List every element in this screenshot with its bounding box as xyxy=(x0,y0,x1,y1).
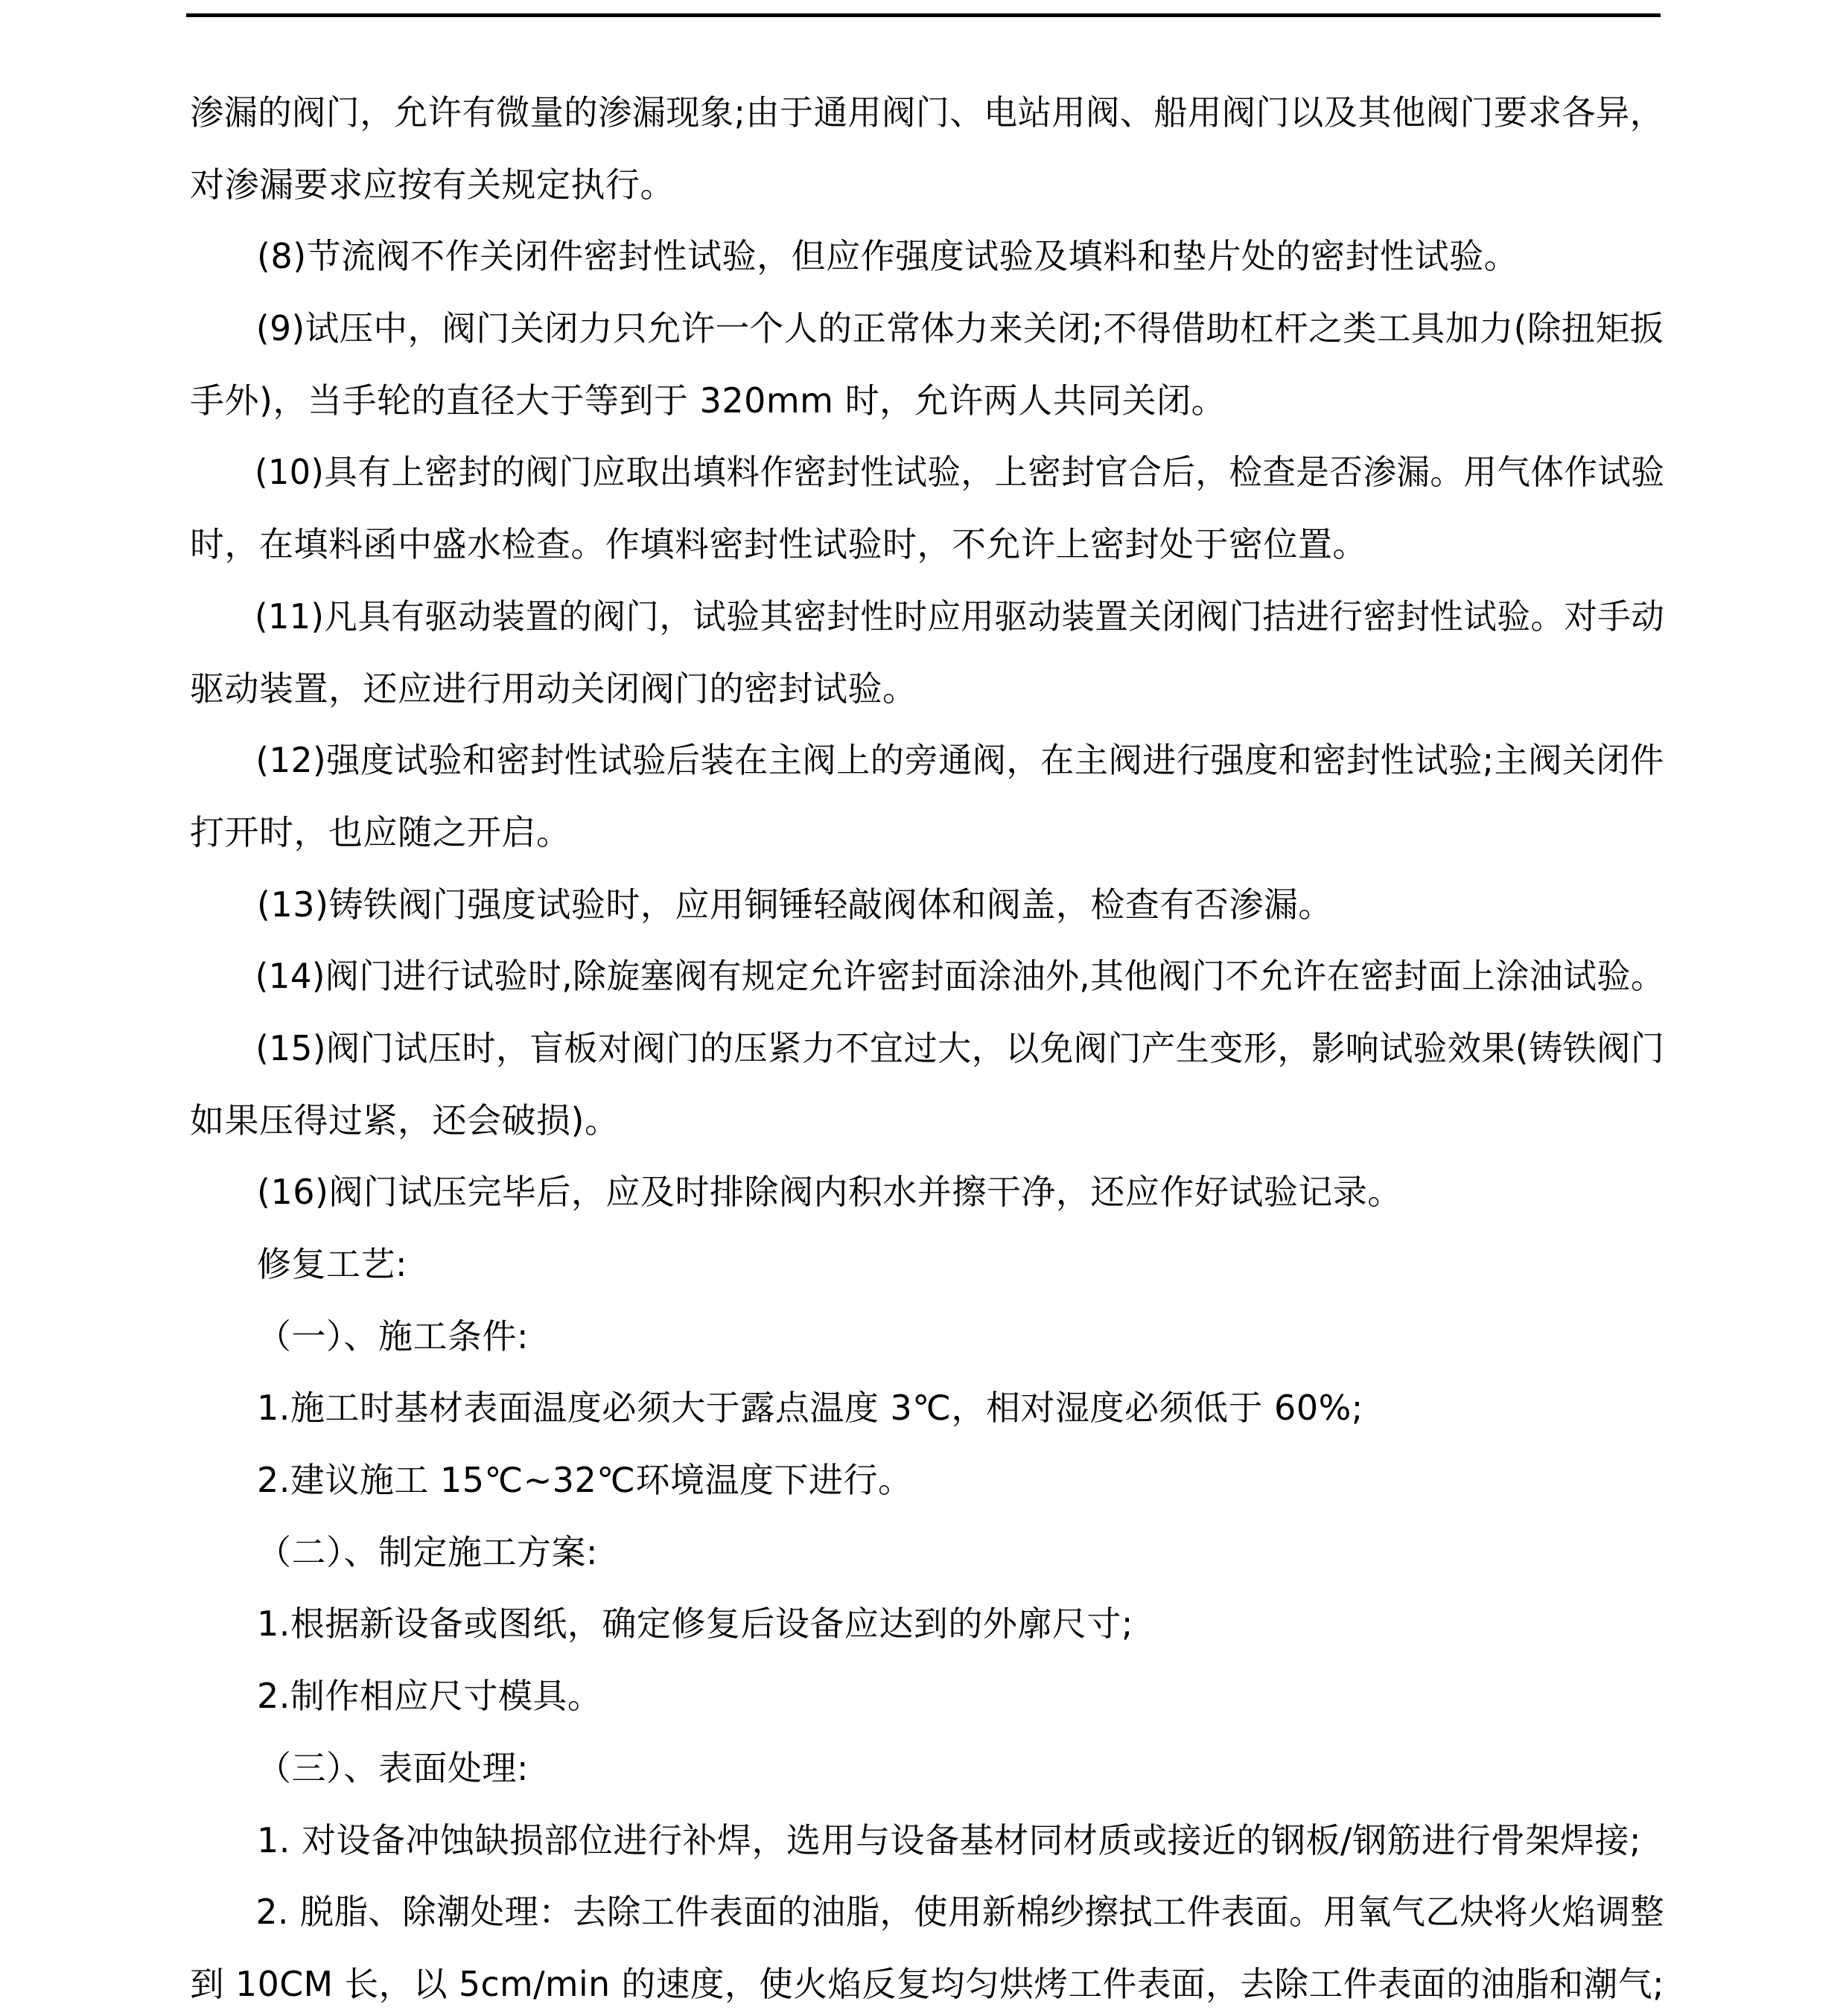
text-line: 时，在填料函中盛水检查。作填料密封性试验时，不允许上密封处于密位置。 xyxy=(190,508,1664,581)
list-item: 1.施工时基材表面温度必须大于露点温度 3℃，相对湿度必须低于 60%; xyxy=(190,1372,1664,1444)
clause-14: (14)阀门进行试验时,除旋塞阀有规定允许密封面涂油外,其他阀门不允许在密封面上… xyxy=(190,940,1628,1012)
section-heading-repair-process: 修复工艺: xyxy=(190,1228,1664,1301)
document-body: 渗漏的阀门，允许有微量的渗漏现象;由于通用阀门、电站用阀、船用阀门以及其他阀门要… xyxy=(190,77,1664,2016)
text-line: 打开时，也应随之开启。 xyxy=(190,797,1664,869)
clause-13: (13)铸铁阀门强度试验时，应用铜锤轻敲阀体和阀盖，检查有否渗漏。 xyxy=(190,869,1664,941)
list-item: 1. 对设备冲蚀缺损部位进行补焊，选用与设备基材同材质或接近的钢板/钢筋进行骨架… xyxy=(190,1805,1664,1877)
document-page: 渗漏的阀门，允许有微量的渗漏现象;由于通用阀门、电站用阀、船用阀门以及其他阀门要… xyxy=(0,0,1846,2016)
text-line: 手外)，当手轮的直径大于等到于 320mm 时，允许两人共同关闭。 xyxy=(190,365,1664,437)
list-item: 2. 脱脂、除潮处理：去除工件表面的油脂，使用新棉纱擦拭工件表面。用氧气乙炔将火… xyxy=(190,1876,1642,1948)
text-line: 到 10CM 长，以 5cm/min 的速度，使火焰反复均匀烘烤工件表面，去除工… xyxy=(190,1948,1653,2016)
list-item: 2.建议施工 15℃~32℃环境温度下进行。 xyxy=(190,1444,1664,1516)
list-item: 2.制作相应尺寸模具。 xyxy=(190,1660,1664,1732)
header-rule xyxy=(186,13,1661,17)
subsection-heading-construction-plan: （二）、制定施工方案: xyxy=(190,1516,1664,1589)
list-item: 1.根据新设备或图纸，确定修复后设备应达到的外廓尺寸; xyxy=(190,1588,1664,1660)
clause-11: (11)凡具有驱动装置的阀门，试验其密封性时应用驱动装置关闭阀门拮进行密封性试验… xyxy=(190,581,1617,653)
text-line: 对渗漏要求应按有关规定执行。 xyxy=(190,149,1664,221)
text-line: 如果压得过紧，还会破损)。 xyxy=(190,1085,1664,1157)
text-line: 驱动装置，还应进行用动关闭阀门的密封试验。 xyxy=(190,653,1664,725)
clause-12: (12)强度试验和密封性试验后装在主阀上的旁通阀，在主阀进行强度和密封性试验;主… xyxy=(190,724,1638,797)
clause-10: (10)具有上密封的阀门应取出填料作密封性试验，上密封官合后，检查是否渗漏。用气… xyxy=(190,436,1617,508)
subsection-heading-construction-conditions: （一）、施工条件: xyxy=(190,1301,1664,1373)
text-line: 渗漏的阀门，允许有微量的渗漏现象;由于通用阀门、电站用阀、船用阀门以及其他阀门要… xyxy=(190,77,1638,149)
clause-8: (8)节流阀不作关闭件密封性试验，但应作强度试验及填料和垫片处的密封性试验。 xyxy=(190,220,1664,293)
clause-15: (15)阀门试压时，盲板对阀门的压紧力不宜过大，以免阀门产生变形，影响试验效果(… xyxy=(190,1012,1637,1085)
subsection-heading-surface-treatment: （三）、表面处理: xyxy=(190,1732,1664,1805)
clause-16: (16)阀门试压完毕后，应及时排除阀内积水并擦干净，还应作好试验记录。 xyxy=(190,1156,1664,1228)
clause-9: (9)试压中，阀门关闭力只允许一个人的正常体力来关闭;不得借助杠杆之类工具加力(… xyxy=(190,293,1646,365)
